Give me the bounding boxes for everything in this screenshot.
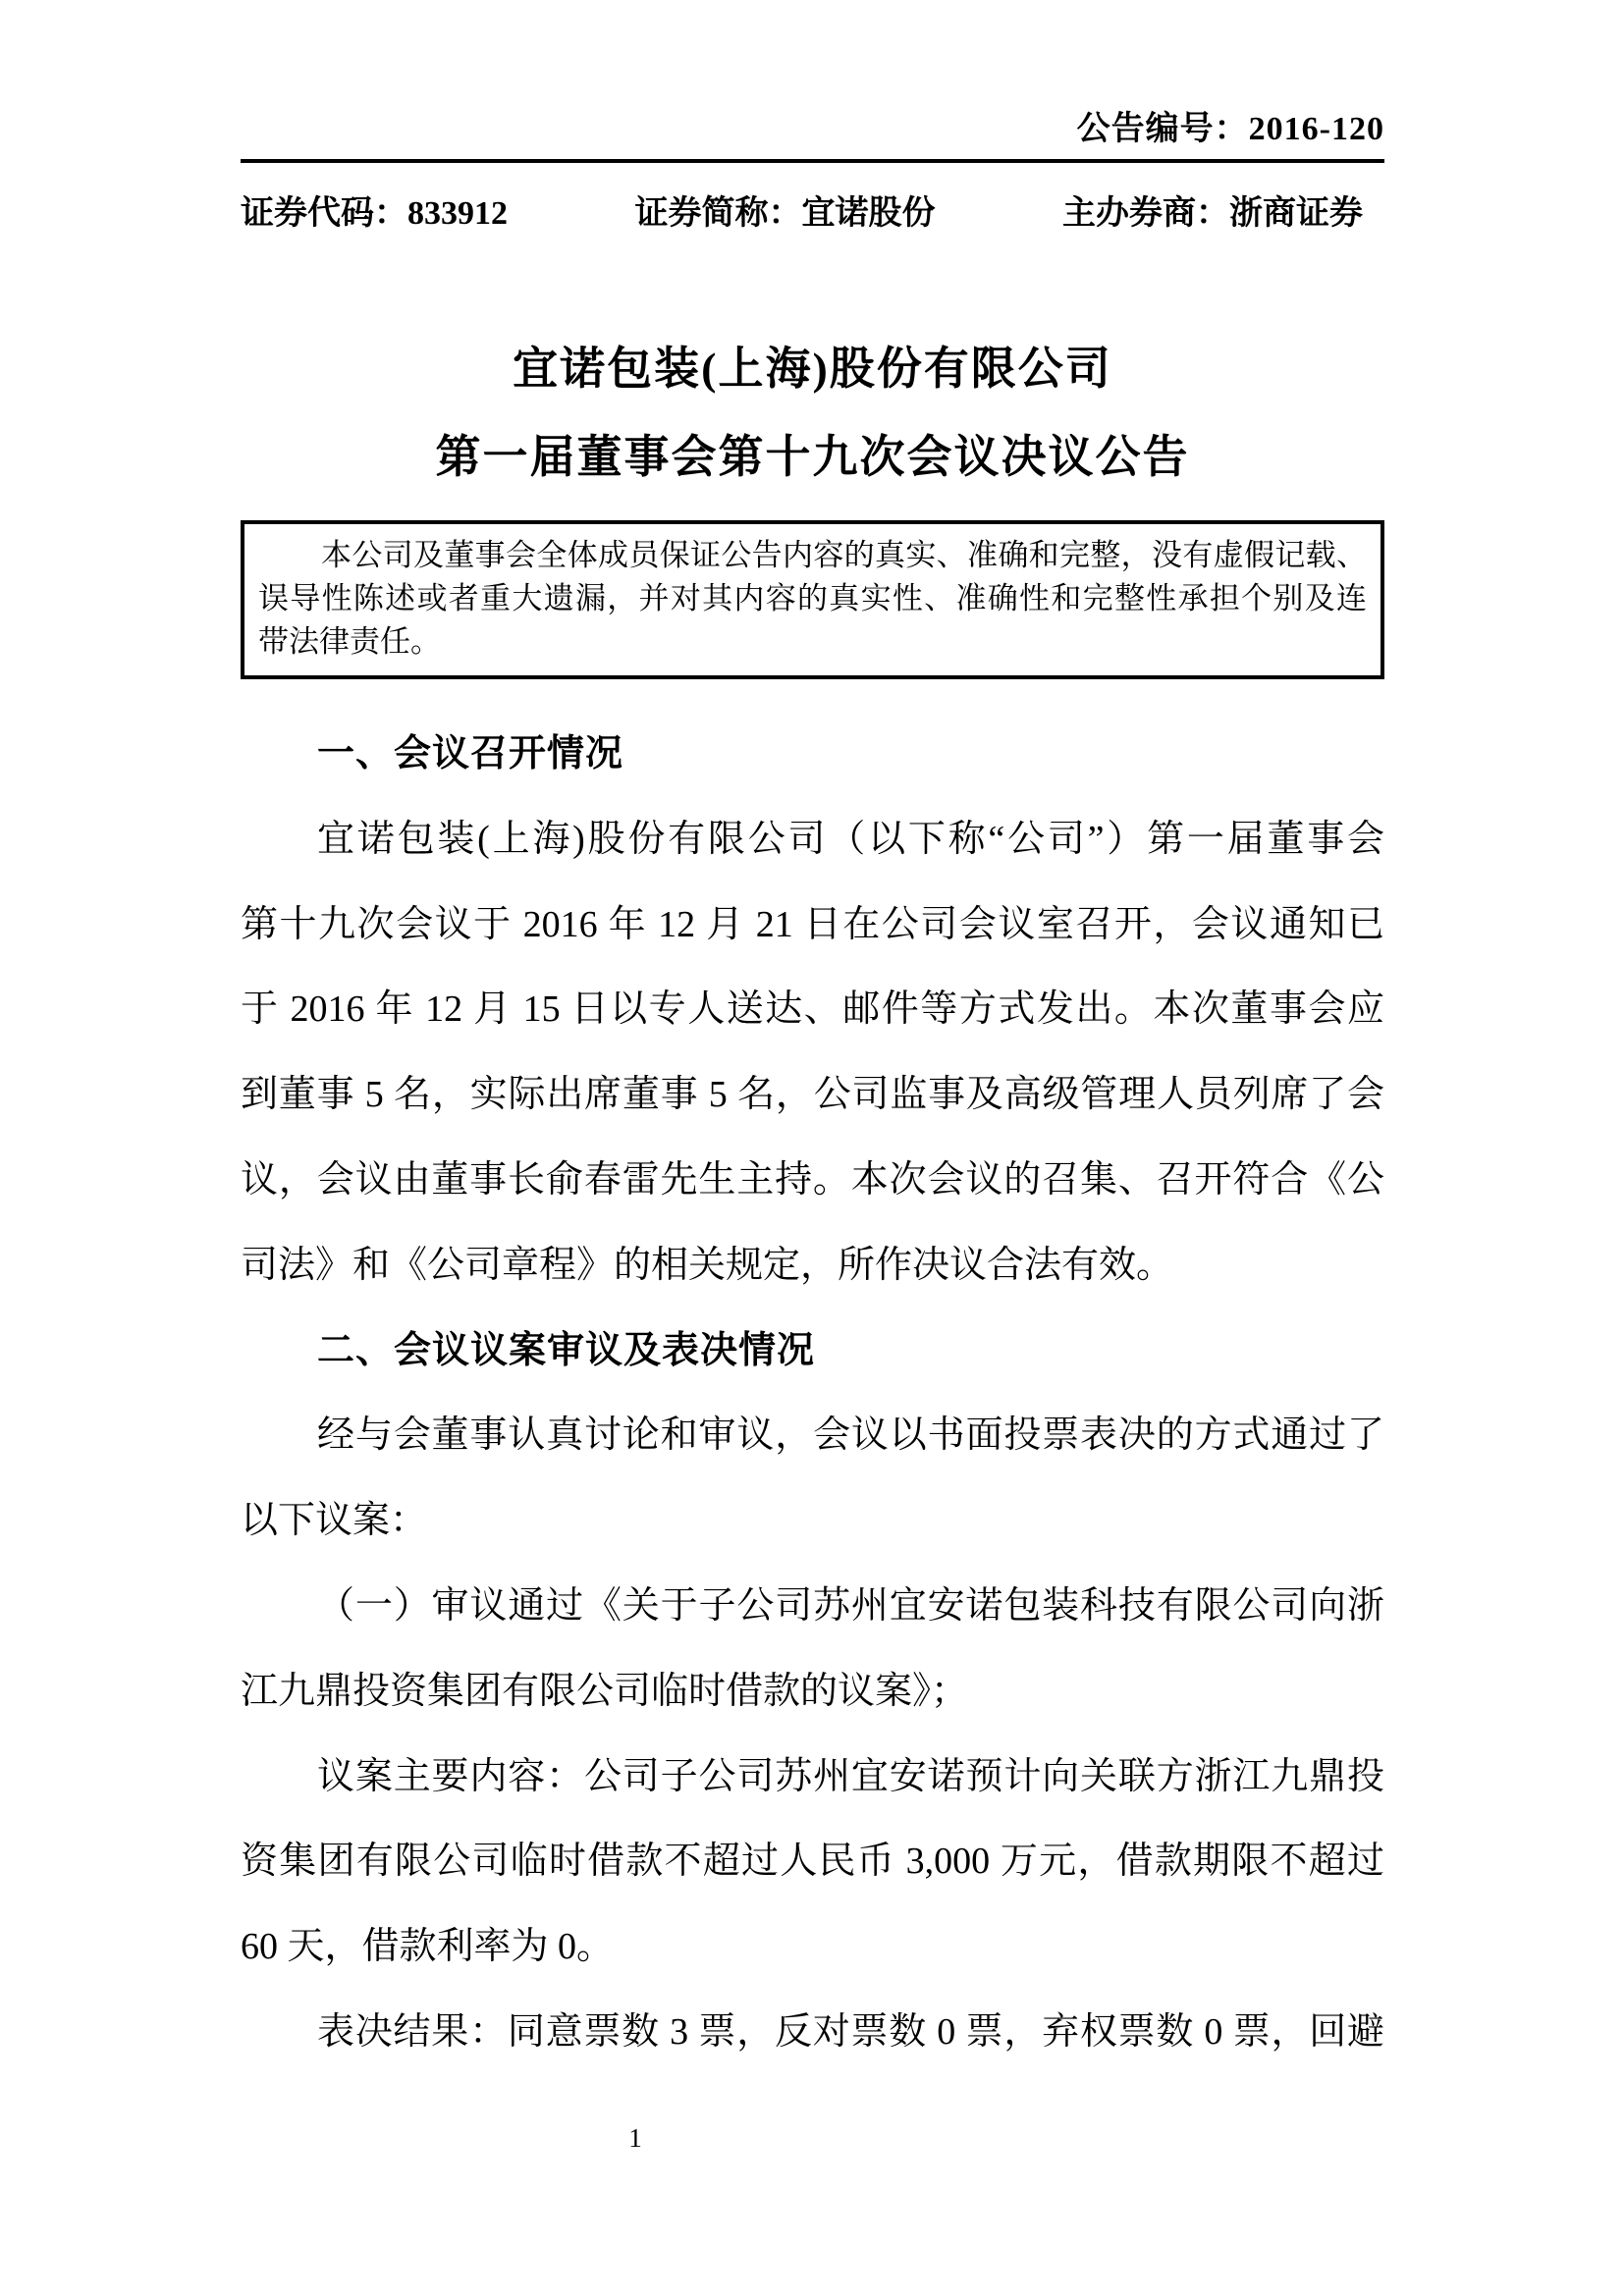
page-number: 1: [628, 2123, 642, 2153]
document-content: 公告编号：2016-120 证券代码：833912 证券简称：宜诺股份 主办券商…: [241, 0, 1384, 2075]
section-1-heading: 一、会议召开情况: [241, 712, 1384, 797]
document-title-line2: 第一届董事会第十九次会议决议公告: [241, 434, 1384, 481]
body-line: 以下议案：: [241, 1478, 1384, 1564]
section-2-heading: 二、会议议案审议及表决情况: [241, 1308, 1384, 1394]
document-page: 公告编号：2016-120 证券代码：833912 证券简称：宜诺股份 主办券商…: [0, 0, 1624, 2296]
body-line: 宜诺包装(上海)股份有限公司（以下称“公司”）第一届董事会: [241, 797, 1384, 882]
body-line: 表决结果：同意票数 3 票，反对票数 0 票，弃权票数 0 票，回避: [241, 1990, 1384, 2075]
body-line: 江九鼎投资集团有限公司临时借款的议案》；: [241, 1649, 1384, 1735]
securities-header-row: 证券代码：833912 证券简称：宜诺股份 主办券商：浙商证券: [241, 194, 1384, 234]
body-line: 经与会董事认真讨论和审议，会议以书面投票表决的方式通过了: [241, 1393, 1384, 1478]
document-body: 一、会议召开情况 宜诺包装(上海)股份有限公司（以下称“公司”）第一届董事会 第…: [241, 712, 1384, 2075]
body-line: 司法》和《公司章程》的相关规定，所作决议合法有效。: [241, 1223, 1384, 1308]
announcement-number: 公告编号：2016-120: [241, 110, 1384, 149]
body-line: （一）审议通过《关于子公司苏州宜安诺包装科技有限公司向浙: [241, 1564, 1384, 1649]
body-line: 议，会议由董事长俞春雷先生主持。本次会议的召集、召开符合《公: [241, 1138, 1384, 1223]
body-line: 资集团有限公司临时借款不超过人民币 3,000 万元，借款期限不超过: [241, 1819, 1384, 1904]
body-line: 议案主要内容：公司子公司苏州宜安诺预计向关联方浙江九鼎投: [241, 1735, 1384, 1820]
body-line: 第十九次会议于 2016 年 12 月 21 日在公司会议室召开，会议通知已: [241, 882, 1384, 968]
body-line: 到董事 5 名，实际出席董事 5 名，公司监事及高级管理人员列席了会: [241, 1052, 1384, 1138]
body-line: 60 天，借款利率为 0。: [241, 1904, 1384, 1990]
body-line: 于 2016 年 12 月 15 日以专人送达、邮件等方式发出。本次董事会应: [241, 967, 1384, 1052]
disclaimer-box: 本公司及董事会全体成员保证公告内容的真实、准确和完整，没有虚假记载、 误导性陈述…: [241, 520, 1384, 679]
header-rule: [241, 159, 1384, 163]
document-title-line1: 宜诺包装(上海)股份有限公司: [241, 346, 1384, 393]
disclaimer-line: 带法律责任。: [258, 620, 1367, 664]
disclaimer-line: 误导性陈述或者重大遗漏，并对其内容的真实性、准确性和完整性承担个别及连: [258, 577, 1367, 620]
stock-short-name: 证券简称：宜诺股份: [635, 194, 936, 234]
lead-broker: 主办券商：浙商证券: [1062, 194, 1363, 234]
disclaimer-line: 本公司及董事会全体成员保证公告内容的真实、准确和完整，没有虚假记载、: [258, 534, 1367, 577]
stock-code: 证券代码：833912: [241, 194, 508, 234]
